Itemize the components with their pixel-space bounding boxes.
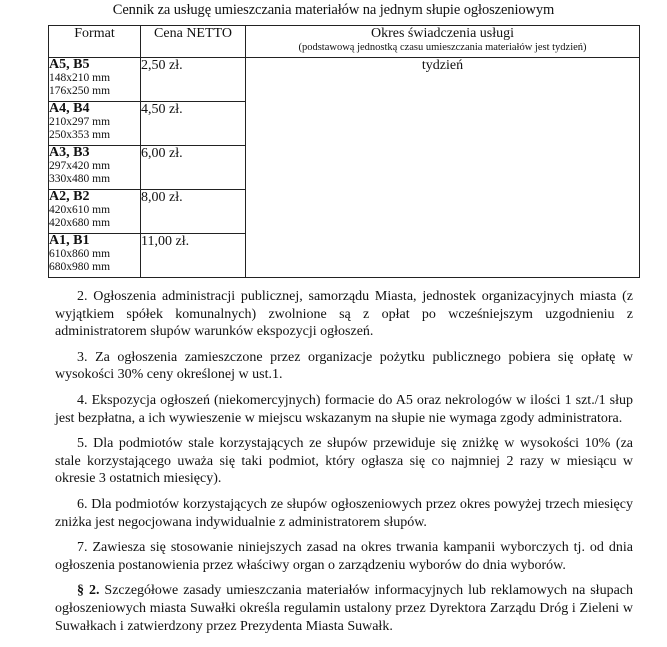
format-dimension: 148x210 mm bbox=[49, 72, 140, 85]
format-dimension: 420x680 mm bbox=[49, 217, 140, 230]
table-row: A5, B5148x210 mm176x250 mm2,50 zł.tydzie… bbox=[49, 58, 640, 102]
format-name: A3, B3 bbox=[49, 146, 140, 160]
format-cell: A2, B2420x610 mm420x680 mm bbox=[49, 190, 141, 234]
paragraph-text: 4. Ekspozycja ogłoszeń (niekomercyjnych)… bbox=[55, 393, 633, 426]
format-name: A1, B1 bbox=[49, 234, 140, 248]
paragraph: 2. Ogłoszenia administracji publicznej, … bbox=[55, 288, 633, 341]
price-cell: 2,50 zł. bbox=[141, 58, 246, 102]
document-body: 2. Ogłoszenia administracji publicznej, … bbox=[55, 288, 633, 643]
price-table: Format Cena NETTO Okres świadczenia usłu… bbox=[48, 25, 640, 278]
paragraph: 3. Za ogłoszenia zamieszczone przez orga… bbox=[55, 349, 633, 384]
format-dimension: 210x297 mm bbox=[49, 116, 140, 129]
paragraph: 6. Dla podmiotów korzystających ze słupó… bbox=[55, 496, 633, 531]
format-name: A2, B2 bbox=[49, 190, 140, 204]
format-dimension: 176x250 mm bbox=[49, 85, 140, 98]
header-price: Cena NETTO bbox=[141, 26, 246, 58]
document-title: Cennik za usługę umieszczania materiałów… bbox=[0, 2, 667, 19]
header-period-label: Okres świadczenia usługi bbox=[371, 26, 514, 41]
format-name: A4, B4 bbox=[49, 102, 140, 116]
format-dimension: 680x980 mm bbox=[49, 261, 140, 274]
paragraph-text: Szczegółowe zasady umieszczania materiał… bbox=[55, 583, 633, 633]
format-cell: A4, B4210x297 mm250x353 mm bbox=[49, 102, 141, 146]
paragraph-text: 2. Ogłoszenia administracji publicznej, … bbox=[55, 289, 633, 339]
paragraph-text: 7. Zawiesza się stosowanie niniejszych z… bbox=[55, 540, 633, 573]
header-format: Format bbox=[49, 26, 141, 58]
format-dimension: 297x420 mm bbox=[49, 160, 140, 173]
format-dimension: 420x610 mm bbox=[49, 204, 140, 217]
price-cell: 11,00 zł. bbox=[141, 234, 246, 278]
header-period-note: (podstawową jednostką czasu umieszczania… bbox=[246, 41, 639, 54]
format-cell: A3, B3297x420 mm330x480 mm bbox=[49, 146, 141, 190]
paragraph: 4. Ekspozycja ogłoszeń (niekomercyjnych)… bbox=[55, 392, 633, 427]
paragraph: 5. Dla podmiotów stale korzystających ze… bbox=[55, 435, 633, 488]
paragraph-text: 6. Dla podmiotów korzystających ze słupó… bbox=[55, 497, 633, 530]
format-cell: A1, B1610x860 mm680x980 mm bbox=[49, 234, 141, 278]
paragraph-text: 3. Za ogłoszenia zamieszczone przez orga… bbox=[55, 350, 633, 383]
price-cell: 6,00 zł. bbox=[141, 146, 246, 190]
format-cell: A5, B5148x210 mm176x250 mm bbox=[49, 58, 141, 102]
paragraph: § 2. Szczegółowe zasady umieszczania mat… bbox=[55, 582, 633, 635]
period-cell: tydzień bbox=[246, 58, 640, 278]
paragraph: 7. Zawiesza się stosowanie niniejszych z… bbox=[55, 539, 633, 574]
format-dimension: 250x353 mm bbox=[49, 129, 140, 142]
table-header-row: Format Cena NETTO Okres świadczenia usłu… bbox=[49, 26, 640, 58]
price-cell: 8,00 zł. bbox=[141, 190, 246, 234]
format-name: A5, B5 bbox=[49, 58, 140, 72]
price-cell: 4,50 zł. bbox=[141, 102, 246, 146]
format-dimension: 610x860 mm bbox=[49, 248, 140, 261]
header-period: Okres świadczenia usługi (podstawową jed… bbox=[246, 26, 640, 58]
format-dimension: 330x480 mm bbox=[49, 173, 140, 186]
section-marker: § 2. bbox=[77, 583, 99, 598]
paragraph-text: 5. Dla podmiotów stale korzystających ze… bbox=[55, 436, 633, 486]
